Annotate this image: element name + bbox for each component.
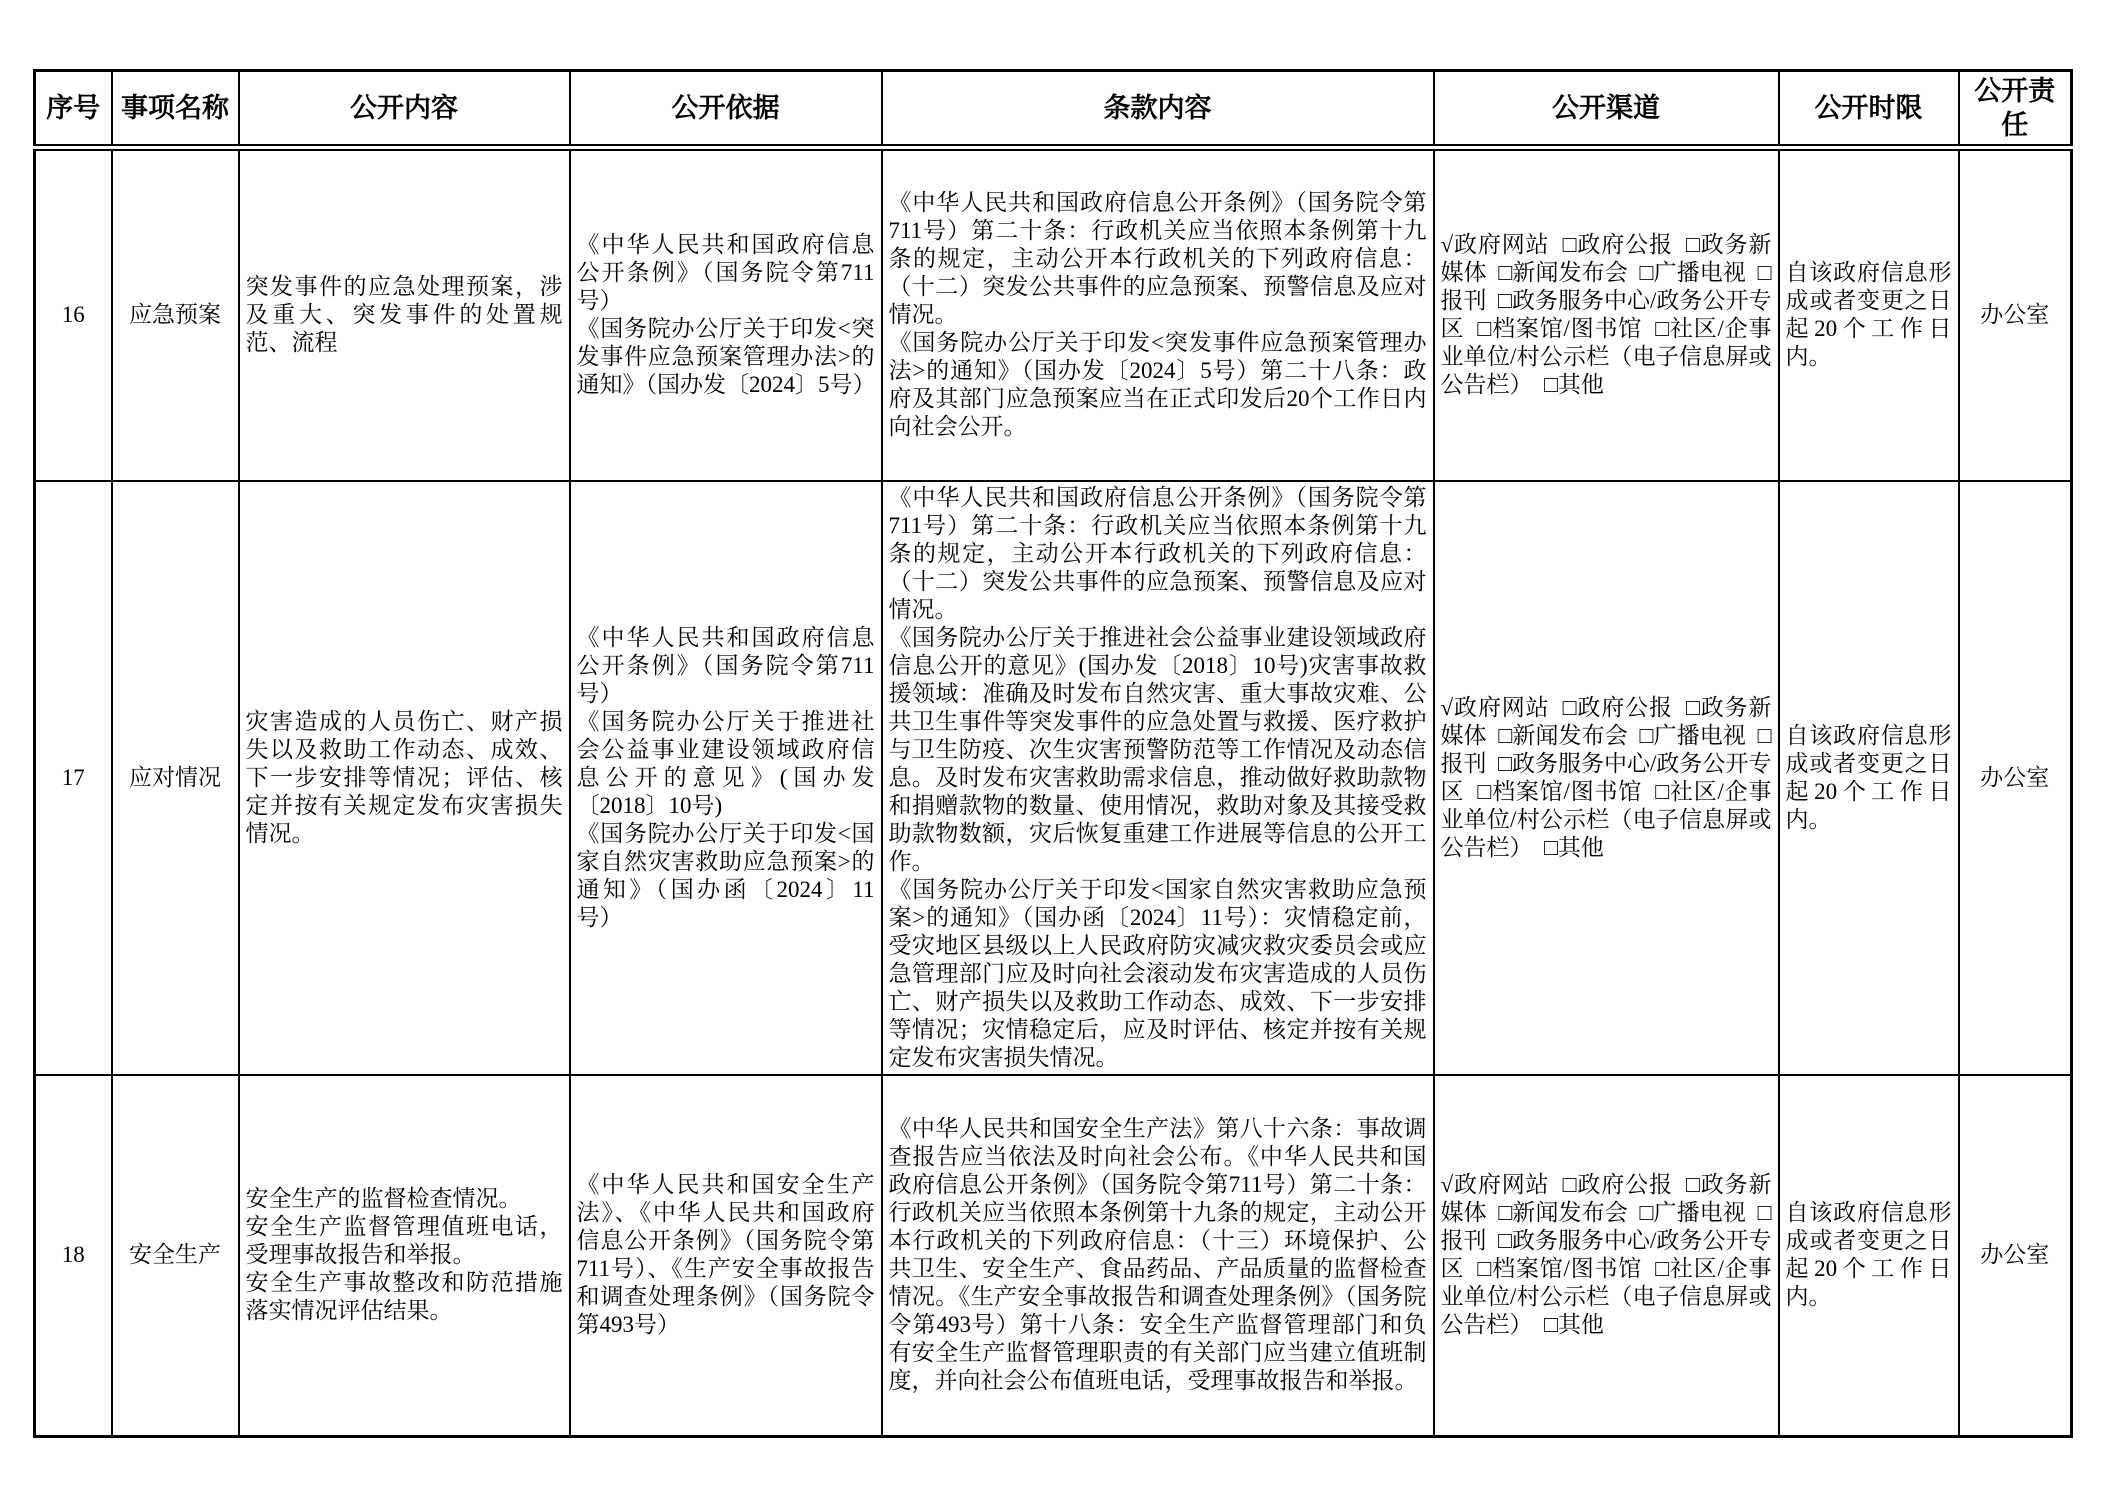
cell-basis: 《中华人民共和国政府信息公开条例》（国务院令第711号） 《国务院办公厅关于推进… (570, 481, 882, 1075)
cell-seq: 16 (35, 148, 112, 481)
cell-clause: 《中华人民共和国政府信息公开条例》（国务院令第711号）第二十条：行政机关应当依… (882, 481, 1434, 1075)
cell-content: 安全生产的监督检查情况。 安全生产监督管理值班电话，受理事故报告和举报。 安全生… (239, 1075, 570, 1437)
table-row: 16 应急预案 突发事件的应急处理预案，涉及重大、突发事件的处置规范、流程 《中… (35, 148, 2072, 481)
cell-item-name: 安全生产 (112, 1075, 239, 1437)
cell-time-limit: 自该政府信息形成或者变更之日起20个工作日内。 (1779, 481, 1959, 1075)
table-header-row: 序号 事项名称 公开内容 公开依据 条款内容 公开渠道 公开时限 公开责任 (35, 71, 2072, 148)
cell-channels: √政府网站 □政府公报 □政务新媒体 □新闻发布会 □广播电视 □报刊 □政务服… (1434, 1075, 1779, 1437)
table-row: 18 安全生产 安全生产的监督检查情况。 安全生产监督管理值班电话，受理事故报告… (35, 1075, 2072, 1437)
cell-responsibility: 办公室 (1959, 481, 2072, 1075)
cell-basis: 《中华人民共和国政府信息公开条例》（国务院令第711号） 《国务院办公厅关于印发… (570, 148, 882, 481)
page: 序号 事项名称 公开内容 公开依据 条款内容 公开渠道 公开时限 公开责任 16… (0, 0, 2105, 1487)
col-header-item-name: 事项名称 (112, 71, 239, 148)
cell-seq: 17 (35, 481, 112, 1075)
cell-item-name: 应对情况 (112, 481, 239, 1075)
disclosure-table: 序号 事项名称 公开内容 公开依据 条款内容 公开渠道 公开时限 公开责任 16… (33, 69, 2073, 1438)
cell-clause: 《中华人民共和国政府信息公开条例》（国务院令第711号）第二十条：行政机关应当依… (882, 148, 1434, 481)
cell-time-limit: 自该政府信息形成或者变更之日起20个工作日内。 (1779, 148, 1959, 481)
cell-responsibility: 办公室 (1959, 1075, 2072, 1437)
cell-channels: √政府网站 □政府公报 □政务新媒体 □新闻发布会 □广播电视 □报刊 □政务服… (1434, 481, 1779, 1075)
col-header-channels: 公开渠道 (1434, 71, 1779, 148)
cell-channels: √政府网站 □政府公报 □政务新媒体 □新闻发布会 □广播电视 □报刊 □政务服… (1434, 148, 1779, 481)
col-header-time-limit: 公开时限 (1779, 71, 1959, 148)
col-header-seq: 序号 (35, 71, 112, 148)
cell-content: 突发事件的应急处理预案，涉及重大、突发事件的处置规范、流程 (239, 148, 570, 481)
cell-responsibility: 办公室 (1959, 148, 2072, 481)
col-header-basis: 公开依据 (570, 71, 882, 148)
cell-time-limit: 自该政府信息形成或者变更之日起20个工作日内。 (1779, 1075, 1959, 1437)
cell-seq: 18 (35, 1075, 112, 1437)
cell-item-name: 应急预案 (112, 148, 239, 481)
col-header-content: 公开内容 (239, 71, 570, 148)
col-header-responsibility: 公开责任 (1959, 71, 2072, 148)
cell-clause: 《中华人民共和国安全生产法》第八十六条：事故调查报告应当依法及时向社会公布。《中… (882, 1075, 1434, 1437)
col-header-clause: 条款内容 (882, 71, 1434, 148)
cell-content: 灾害造成的人员伤亡、财产损失以及救助工作动态、成效、下一步安排等情况；评估、核定… (239, 481, 570, 1075)
table-row: 17 应对情况 灾害造成的人员伤亡、财产损失以及救助工作动态、成效、下一步安排等… (35, 481, 2072, 1075)
cell-basis: 《中华人民共和国安全生产法》、《中华人民共和国政府信息公开条例》（国务院令第71… (570, 1075, 882, 1437)
